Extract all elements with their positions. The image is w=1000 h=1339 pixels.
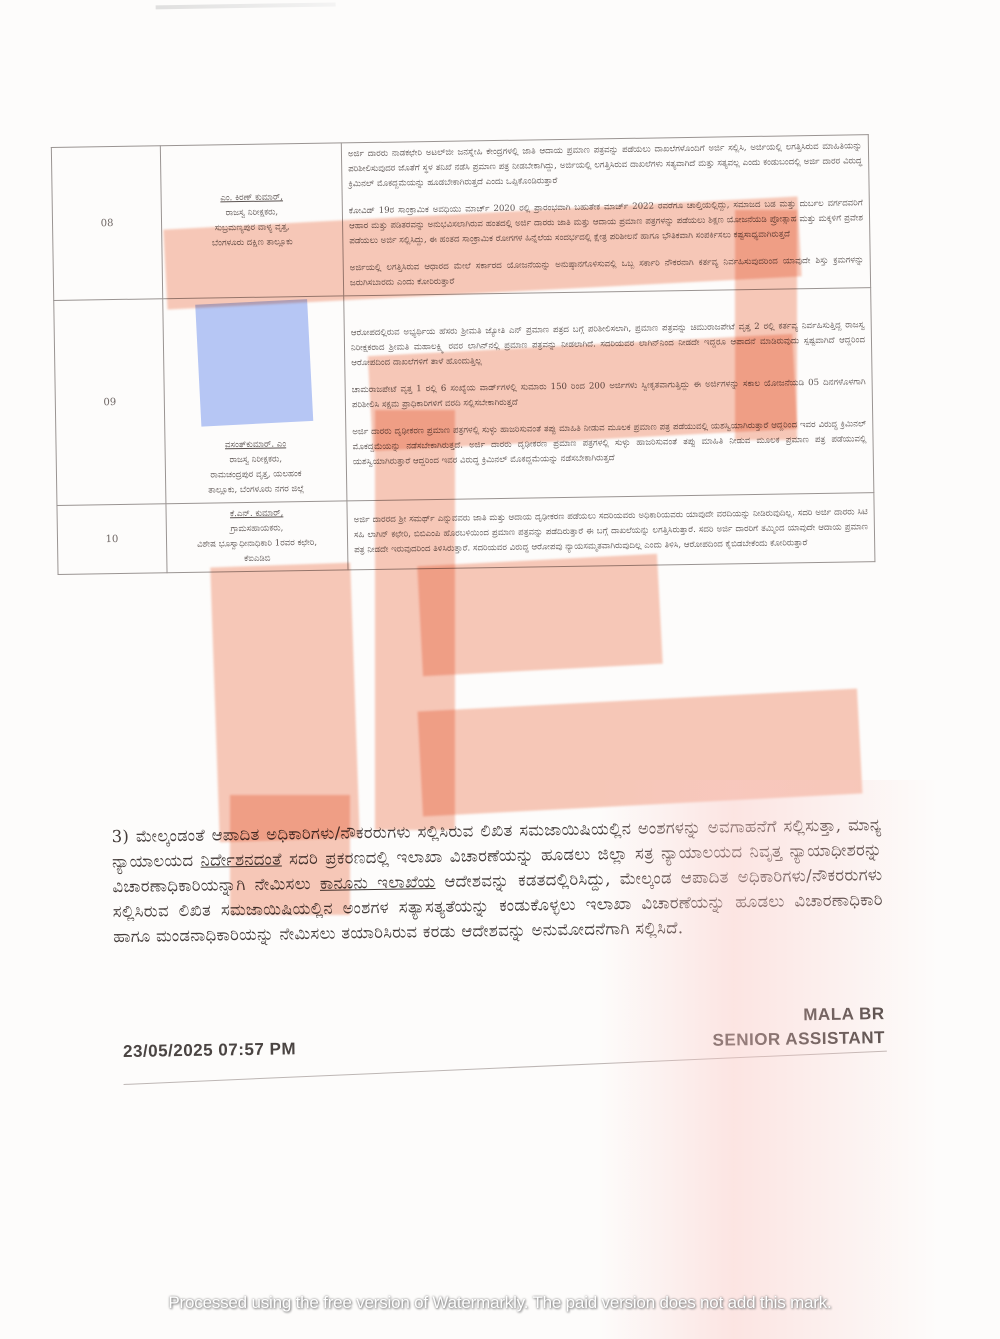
redaction-overlay (230, 795, 350, 915)
officer-place-1: ವಿಶೇಷ ಭೂಸ್ವಾಧೀನಾಧಿಕಾರಿ 1ರವರ ಕಛೇರಿ, (173, 535, 341, 553)
officer-place-2: ತಾಲ್ಲೂಕು, ಬೆಂಗಳೂರು ನಗರ ಜಿಲ್ಲೆ (172, 481, 340, 499)
scan-streak (598, 780, 938, 1339)
cropped-top-text (156, 3, 336, 10)
serial-number: 10 (57, 504, 167, 575)
officer-cell: ವಸಂತ್‌ಕುಮಾರ್. ಎಂರಾಜಸ್ವ ನಿರೀಕ್ಷಕರು,ರಾಮಚಂದ… (163, 296, 347, 504)
allegation-paragraph: ಅರ್ಜಿ ದಾರರು ನಾಡಕಛೇರಿ ಅಟಲ್‌ಜೀ ಜನಸ್ನೇಹಿ ಕೇ… (348, 139, 863, 192)
signature-timestamp: 23/05/2025 07:57 PM (123, 1039, 296, 1062)
officer-cell: ಕೆ.ಎನ್. ಕುಮಾರ್,ಗ್ರಾಮಸಹಾಯಕರು,ವಿಶೇಷ ಭೂಸ್ವಾ… (166, 501, 348, 573)
serial-number: 08 (51, 146, 162, 301)
redaction-overlay (417, 554, 662, 676)
table-row: 10ಕೆ.ಎನ್. ಕುಮಾರ್,ಗ್ರಾಮಸಹಾಯಕರು,ವಿಶೇಷ ಭೂಸ್… (57, 493, 875, 575)
serial-number: 09 (54, 299, 166, 506)
photo-placeholder (195, 299, 313, 427)
watermark-text: Processed using the free version of Wate… (0, 1293, 1000, 1313)
